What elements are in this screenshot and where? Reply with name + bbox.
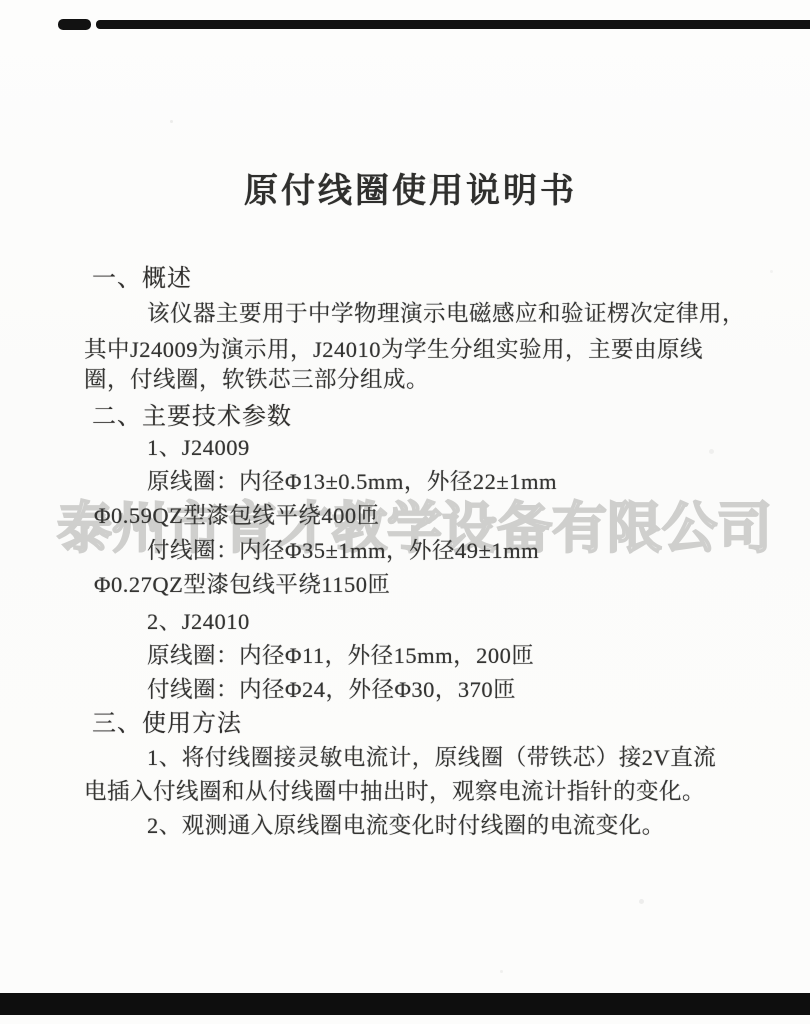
body-line: 原线圈：内径Φ11，外径15mm，200匝 [147, 638, 534, 670]
scan-artifact-bottom-band [0, 993, 810, 1015]
scan-artifact-top-blob [58, 19, 91, 30]
section-3-heading: 三、使用方法 [92, 703, 242, 738]
body-line: 该仪器主要用于中学物理演示电磁感应和验证楞次定律用， [147, 296, 745, 328]
body-line: 其中J24009为演示用，J24010为学生分组实验用，主要由原线 [84, 332, 703, 364]
body-line: 原线圈：内径Φ13±0.5mm，外径22±1mm [147, 464, 557, 496]
body-line: 2、观测通入原线圈电流变化时付线圈的电流变化。 [147, 808, 665, 840]
body-line: 圈，付线圈，软铁芯三部分组成。 [84, 362, 429, 394]
doc-title: 原付线圈使用说明书 [244, 163, 577, 212]
body-line: 付线圈：内径Φ35±1mm，外径49±1mm [147, 533, 539, 565]
body-line: 2、J24010 [147, 604, 250, 636]
body-line: Φ0.59QZ型漆包线平绕400匝 [94, 498, 380, 530]
body-line: 1、J24009 [147, 430, 250, 462]
body-line: 1、将付线圈接灵敏电流计，原线圈（带铁芯）接2V直流 [147, 740, 716, 772]
scan-artifact-top-line [96, 20, 810, 29]
scanned-manual-page: 泰州市育才教学设备有限公司 原付线圈使用说明书 一、概述 该仪器主要用于中学物理… [0, 0, 810, 1024]
body-line: Φ0.27QZ型漆包线平绕1150匝 [94, 567, 390, 599]
section-1-heading: 一、概述 [92, 258, 192, 293]
paper-noise [170, 120, 173, 123]
section-2-heading: 二、主要技术参数 [92, 396, 292, 431]
body-line: 电插入付线圈和从付线圈中抽出时，观察电流计指针的变化。 [84, 774, 705, 806]
body-line: 付线圈：内径Φ24，外径Φ30，370匝 [147, 672, 516, 704]
